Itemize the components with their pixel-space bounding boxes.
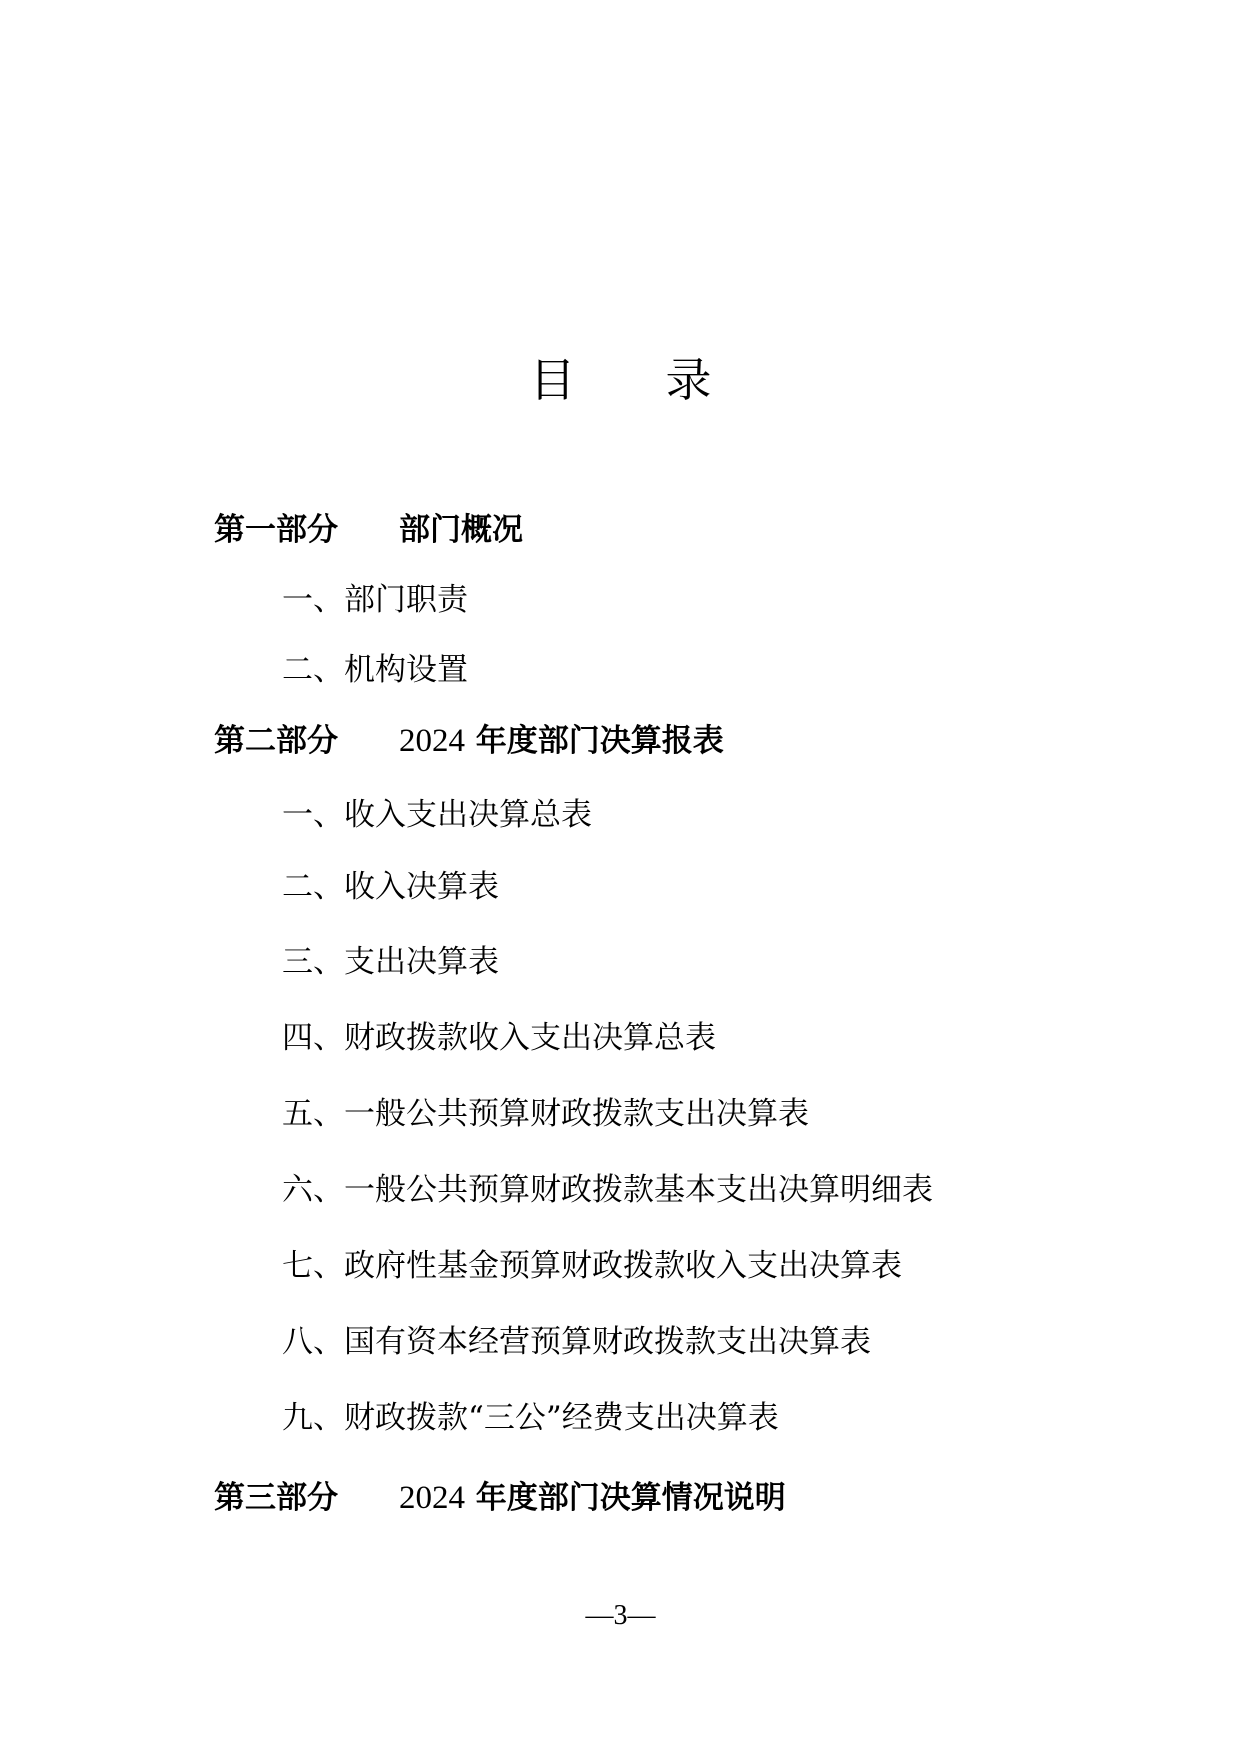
- toc-title: 目录: [0, 355, 1241, 405]
- item-text: 八、国有资本经营预算财政拨款支出决算表: [282, 1324, 871, 1360]
- part-title: 年度部门决算情况说明: [476, 1480, 786, 1516]
- toc-item[interactable]: 三、支出决算表: [282, 942, 499, 982]
- part-title: 年度部门决算报表: [476, 723, 724, 759]
- toc-part-3[interactable]: 第三部分2024 年度部门决算情况说明: [214, 1478, 786, 1518]
- toc-item[interactable]: 五、一般公共预算财政拨款支出决算表: [282, 1094, 809, 1134]
- item-text: 三、支出决算表: [282, 944, 499, 980]
- item-text: 二、机构设置: [282, 652, 468, 688]
- part-year: 2024: [399, 723, 465, 759]
- part-label: 第一部分: [214, 510, 399, 550]
- part-label: 第二部分: [214, 721, 399, 761]
- toc-item[interactable]: 八、国有资本经营预算财政拨款支出决算表: [282, 1322, 871, 1362]
- item-text: 九、财政拨款“三公”经费支出决算表: [282, 1400, 779, 1436]
- item-text: 一、部门职责: [282, 582, 468, 618]
- toc-item[interactable]: 二、机构设置: [282, 650, 468, 690]
- part-label: 第三部分: [214, 1478, 399, 1518]
- toc-title-char: 目: [530, 355, 576, 405]
- toc-item[interactable]: 九、财政拨款“三公”经费支出决算表: [282, 1398, 779, 1438]
- part-title: 部门概况: [399, 512, 523, 548]
- toc-part-1[interactable]: 第一部分部门概况: [214, 510, 523, 550]
- item-text: 二、收入决算表: [282, 869, 499, 905]
- toc-item[interactable]: 二、收入决算表: [282, 867, 499, 907]
- part-year: 2024: [399, 1480, 465, 1516]
- toc-item[interactable]: 一、部门职责: [282, 580, 468, 620]
- page-number: —3—: [0, 1600, 1241, 1632]
- toc-title-char: 录: [666, 355, 712, 405]
- item-text: 一、收入支出决算总表: [282, 797, 592, 833]
- item-text: 七、政府性基金预算财政拨款收入支出决算表: [282, 1248, 902, 1284]
- toc-item[interactable]: 六、一般公共预算财政拨款基本支出决算明细表: [282, 1170, 933, 1210]
- toc-part-2[interactable]: 第二部分2024 年度部门决算报表: [214, 721, 724, 761]
- item-text: 四、财政拨款收入支出决算总表: [282, 1020, 716, 1056]
- toc-item[interactable]: 四、财政拨款收入支出决算总表: [282, 1018, 716, 1058]
- toc-item[interactable]: 七、政府性基金预算财政拨款收入支出决算表: [282, 1246, 902, 1286]
- item-text: 五、一般公共预算财政拨款支出决算表: [282, 1096, 809, 1132]
- toc-item[interactable]: 一、收入支出决算总表: [282, 795, 592, 835]
- item-text: 六、一般公共预算财政拨款基本支出决算明细表: [282, 1172, 933, 1208]
